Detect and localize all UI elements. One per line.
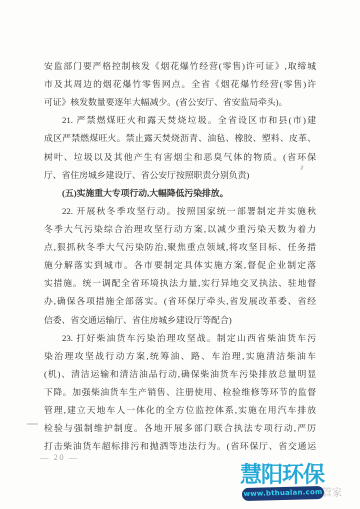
document-line: 办,确保各项措施全部落实。(省环保厅牵头,省发展改革委、省经 — [44, 292, 316, 310]
document-line: 可证》核发数量要逐年大幅减少。(省公安厅、省安监局牵头)。 — [44, 93, 316, 111]
document-line: 打击柴油货车超标排污和抛洒等违法行为。(省环保厅、省交通运 — [44, 437, 316, 455]
document-line: 22. 开展秋冬季攻坚行动。按照国家统一部署制定并实施秋 — [44, 202, 316, 220]
document-line: 成区严禁燃煤旺火。禁止露天焚烧沥青、油毡、橡胶、塑料、皮革、 — [44, 129, 316, 147]
watermark-url: www.bthualan.com — [243, 486, 322, 501]
document-line: 树叶、垃圾以及其他产生有害烟尘和恶臭气体的物质。(省环保 — [44, 148, 316, 166]
document-line: 点,狠抓秋冬季大气污染防治,聚焦重点领域,将攻坚目标、任务措 — [44, 238, 316, 256]
document-page: 安监部门要严格控制核发《烟花爆竹经营(零售)许可证》,取缔城市及其周边的烟花爆竹… — [0, 0, 360, 509]
document-line: 冬季大气污染综合治理攻坚行动方案,以减少重污染天数为着力 — [44, 220, 316, 238]
document-line: 21. 严禁燃煤旺火和露天焚烧垃圾。全省设区市和县(市)建 — [44, 111, 316, 129]
document-line: 检验与强制维护制度。各地开展多部门联合执法专项行动,严厉 — [44, 419, 316, 437]
document-line: 信委、省交通运输厅、省住房城乡建设厅等配合) — [44, 311, 316, 329]
scan-dash — [27, 423, 38, 425]
document-line: 染治理攻坚战行动方案,统筹油、路、车治理,实施清洁柴油车 — [44, 347, 316, 365]
document-line: (五)实施重大专项行动,大幅降低污染排放。 — [44, 184, 316, 202]
document-line: 下降。加强柴油货车生产销售、注册使用、检验维修等环节的监督 — [44, 383, 316, 401]
document-line: 23. 打好柴油货车污染治理攻坚战。制定山西省柴油货车污 — [44, 329, 316, 347]
watermark-logo-text: 慧阳环保 — [240, 458, 324, 489]
document-line: 市及其周边的烟花爆竹零售网点。全省《烟花爆竹经营(零售)许 — [44, 75, 316, 93]
document-line: 实措施。统一调配全省环境执法力量,实行异地交叉执法、驻地督 — [44, 274, 316, 292]
document-line: 施分解落实到城市。各市要制定具体实施方案,督促企业制定落 — [44, 256, 316, 274]
text-block: 安监部门要严格控制核发《烟花爆竹经营(零售)许可证》,取缔城市及其周边的烟花爆竹… — [44, 57, 316, 455]
document-line: 厅、省住房城乡建设厅、省公安厅按照职责分别负责) — [44, 166, 316, 184]
document-line: 安监部门要严格控制核发《烟花爆竹经营(零售)许可证》,取缔城 — [44, 57, 316, 75]
watermark: 管家 慧阳环保 www.bthualan.com — [238, 458, 358, 506]
document-line: 管理,建立天地车人一体化的全方位监控体系,实施在用汽车排放 — [44, 401, 316, 419]
document-line: (机)、清洁运输和清洁油品行动,确保柴油货车污染排放总量明显 — [44, 365, 316, 383]
watermark-ghost-text: 管家 — [322, 484, 342, 499]
watermark-url-banner: www.bthualan.com — [242, 486, 324, 501]
page-number: — 20 — — [40, 452, 79, 462]
